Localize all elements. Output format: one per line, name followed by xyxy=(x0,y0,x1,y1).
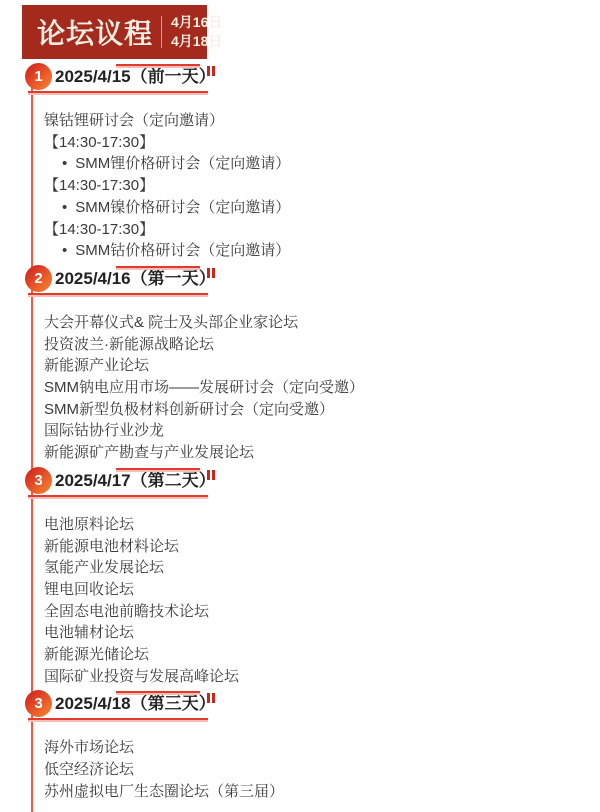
agenda-section: 3 2025/4/17（第二天） 电池原料论坛新能源电池材料论坛氢能产业发展论坛… xyxy=(28,468,364,688)
agenda-sections: 1 2025/4/15（前一天） 镍钴锂研讨会（定向邀请）【14:30-17:3… xyxy=(28,64,364,807)
banner-date-start: 4月16日 xyxy=(171,13,222,32)
agenda-section: 3 2025/4/18（第三天） 海外市场论坛低空经济论坛苏州虚拟电厂生态圈论坛… xyxy=(28,691,364,802)
bullet-icon: • xyxy=(62,199,67,216)
header-top-line xyxy=(116,691,200,693)
session-item-text: 镍钴锂研讨会（定向邀请） xyxy=(44,110,364,132)
session-item-text: 【14:30-17:30】 xyxy=(44,175,364,197)
agenda-section: 1 2025/4/15（前一天） 镍钴锂研讨会（定向邀请）【14:30-17:3… xyxy=(28,64,364,262)
section-date: 2025/4/17（第二天） xyxy=(55,468,216,494)
header-top-line xyxy=(116,64,200,66)
double-bar-marks-icon xyxy=(207,470,216,480)
session-item-text: SMM钠电应用市场——发展研讨会（定向受邀） xyxy=(44,377,364,399)
section-number-badge: 3 xyxy=(25,690,52,717)
session-item-text: 【14:30-17:30】 xyxy=(44,219,364,241)
session-item-text: 海外市场论坛 xyxy=(44,737,364,759)
section-date: 2025/4/15（前一天） xyxy=(55,64,216,90)
banner-divider xyxy=(161,16,162,48)
section-header: 1 2025/4/15（前一天） xyxy=(28,64,208,93)
session-item: •SMM钴价格研讨会（定向邀请） xyxy=(44,240,364,262)
session-item-text: 新能源矿产勘查与产业发展论坛 xyxy=(44,442,364,464)
session-item: •SMM锂价格研讨会（定向邀请） xyxy=(44,153,364,175)
session-item-text: SMM锂价格研讨会（定向邀请） xyxy=(75,155,290,172)
section-date: 2025/4/16（第一天） xyxy=(55,266,216,292)
section-number: 2 xyxy=(34,270,42,287)
agenda-banner: 论坛议程 4月16日 4月18日 xyxy=(22,5,207,59)
session-item-text: 氢能产业发展论坛 xyxy=(44,557,364,579)
session-item-text: 电池原料论坛 xyxy=(44,514,364,536)
section-number: 1 xyxy=(34,68,42,85)
section-number: 3 xyxy=(34,472,42,489)
session-item-text: 全固态电池前瞻技术论坛 xyxy=(44,601,364,623)
session-list: 大会开幕仪式& 院士及头部企业家论坛投资波兰·新能源战略论坛新能源产业论坛SMM… xyxy=(28,295,364,464)
session-item-text: 低空经济论坛 xyxy=(44,759,364,781)
section-header: 2 2025/4/16（第一天） xyxy=(28,266,208,295)
double-bar-marks-icon xyxy=(207,693,216,703)
section-number-badge: 3 xyxy=(25,467,52,494)
double-bar-marks-icon xyxy=(207,268,216,278)
double-bar-marks-icon xyxy=(207,66,216,76)
section-header: 3 2025/4/17（第二天） xyxy=(28,468,208,497)
session-item-text: 【14:30-17:30】 xyxy=(44,132,364,154)
session-list: 镍钴锂研讨会（定向邀请）【14:30-17:30】•SMM锂价格研讨会（定向邀请… xyxy=(28,93,364,262)
session-list: 电池原料论坛新能源电池材料论坛氢能产业发展论坛锂电回收论坛全固态电池前瞻技术论坛… xyxy=(28,497,364,688)
banner-date-range: 4月16日 4月18日 xyxy=(171,13,222,51)
session-item-text: 苏州虚拟电厂生态圈论坛（第三届） xyxy=(44,781,364,803)
banner-title: 论坛议程 xyxy=(37,12,153,52)
session-item-text: 国际钴协行业沙龙 xyxy=(44,420,364,442)
section-date: 2025/4/18（第三天） xyxy=(55,691,216,717)
session-item-text: 投资波兰·新能源战略论坛 xyxy=(44,334,364,356)
session-item-text: 新能源产业论坛 xyxy=(44,355,364,377)
session-item-text: 锂电回收论坛 xyxy=(44,579,364,601)
session-item-text: 国际矿业投资与发展高峰论坛 xyxy=(44,666,364,688)
agenda-section: 2 2025/4/16（第一天） 大会开幕仪式& 院士及头部企业家论坛投资波兰·… xyxy=(28,266,364,464)
banner-date-end: 4月18日 xyxy=(171,32,222,51)
session-item: •SMM镍价格研讨会（定向邀请） xyxy=(44,197,364,219)
bullet-icon: • xyxy=(62,155,67,172)
bullet-icon: • xyxy=(62,242,67,259)
session-item-text: SMM钴价格研讨会（定向邀请） xyxy=(75,242,290,259)
session-list: 海外市场论坛低空经济论坛苏州虚拟电厂生态圈论坛（第三届） xyxy=(28,720,364,802)
section-number-badge: 1 xyxy=(25,63,52,90)
session-item-text: 大会开幕仪式& 院士及头部企业家论坛 xyxy=(44,312,364,334)
session-item-text: 新能源光储论坛 xyxy=(44,644,364,666)
section-header: 3 2025/4/18（第三天） xyxy=(28,691,208,720)
section-number-badge: 2 xyxy=(25,265,52,292)
section-number: 3 xyxy=(34,695,42,712)
header-top-line xyxy=(116,468,200,470)
header-top-line xyxy=(116,266,200,268)
session-item-text: 电池辅材论坛 xyxy=(44,622,364,644)
session-item-text: SMM新型负极材料创新研讨会（定向受邀） xyxy=(44,399,364,421)
session-item-text: 新能源电池材料论坛 xyxy=(44,536,364,558)
session-item-text: SMM镍价格研讨会（定向邀请） xyxy=(75,199,290,216)
